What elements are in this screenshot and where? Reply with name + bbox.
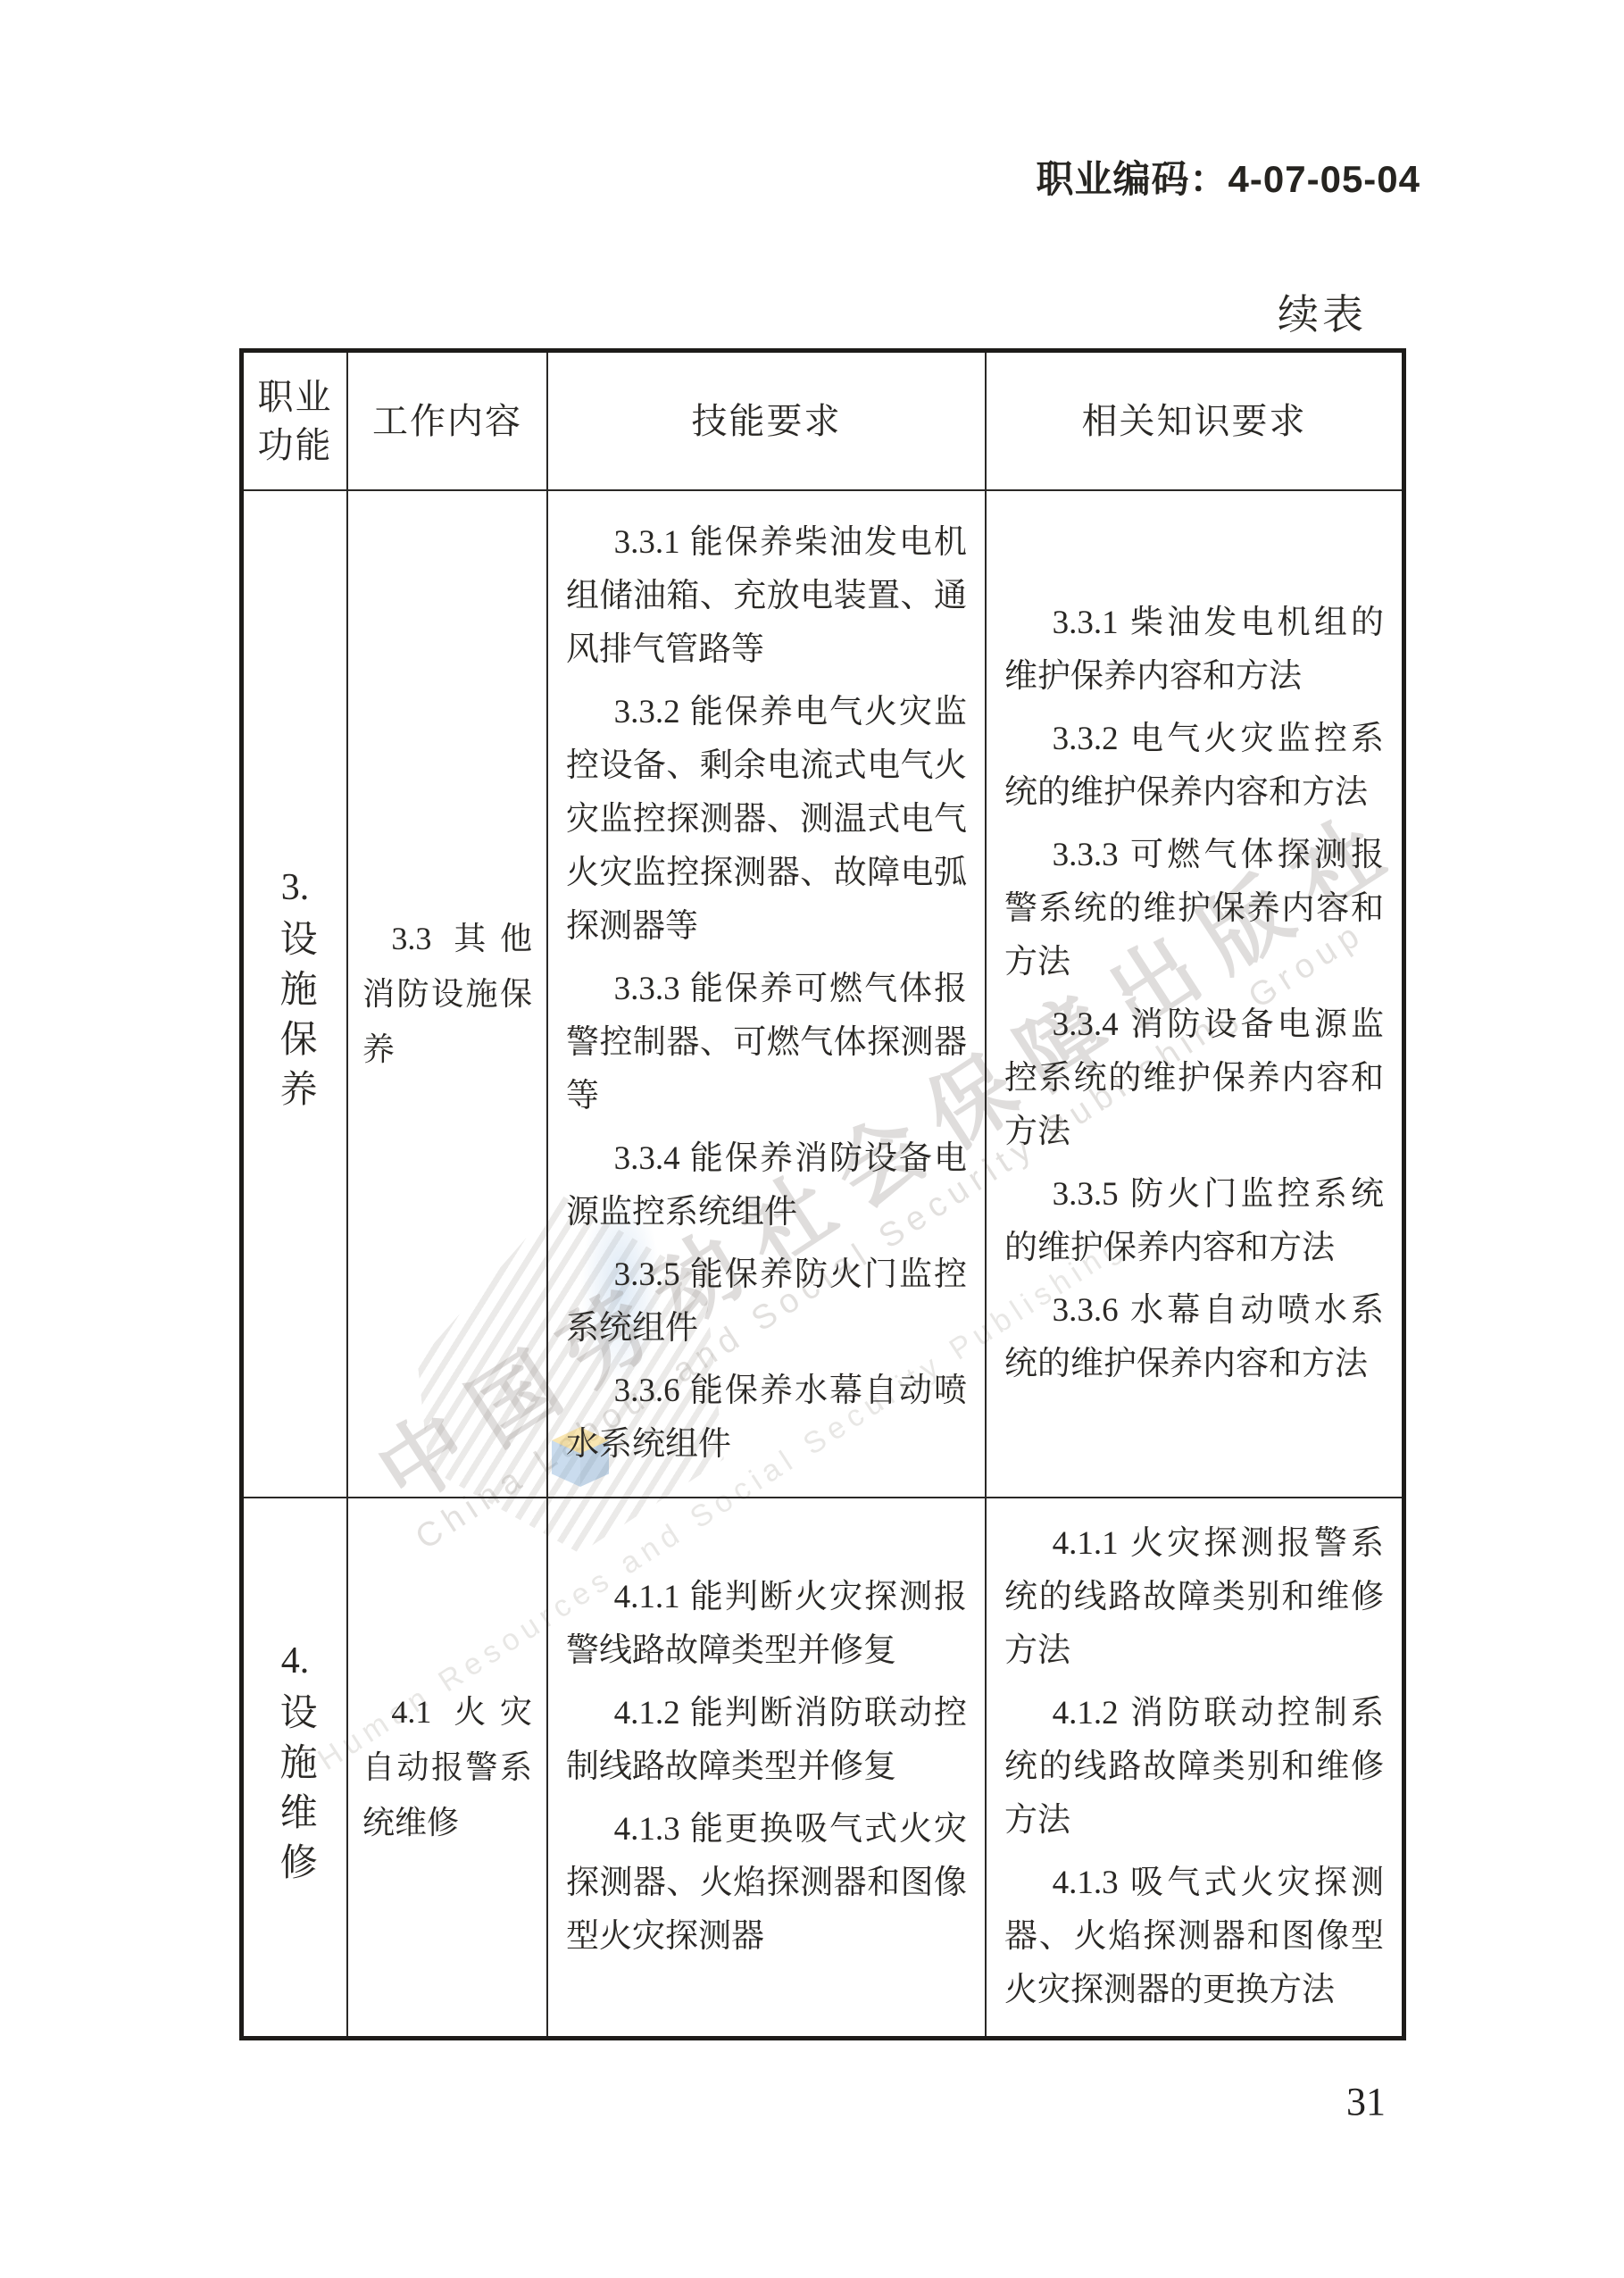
knowledge-item: 3.3.5 防火门监控系统的维护保养内容和方法 bbox=[1004, 1168, 1384, 1275]
knowledge-item: 3.3.6 水幕自动喷水系统的维护保养内容和方法 bbox=[1004, 1284, 1384, 1391]
knowledge-item: 4.1.3 吸气式火灾探测器、火焰探测器和图像型火灾探测器的更换方法 bbox=[1004, 1857, 1384, 2017]
function-cell-row2: 4. 设施维修 bbox=[244, 1498, 348, 2036]
skill-requirements-cell-row2: 4.1.1 能判断火灾探测报警线路故障类型并修复 4.1.2 能判断消防联动控制… bbox=[548, 1498, 987, 2036]
function-cell-row1: 3. 设施保养 bbox=[244, 491, 348, 1498]
column-header-knowledge-requirements: 相关知识要求 bbox=[987, 353, 1402, 491]
page-number: 31 bbox=[1346, 2079, 1386, 2124]
function-number: 4. bbox=[281, 1642, 310, 1680]
occupation-code-label: 职业编码：4-07-05-04 bbox=[1037, 150, 1420, 204]
work-content-text: 4.1 火灾自动报警系统维修 bbox=[362, 1684, 532, 1850]
work-content-text: 3.3 其他消防设施保养 bbox=[362, 911, 532, 1077]
work-content-cell-row1: 3.3 其他消防设施保养 bbox=[348, 491, 548, 1498]
knowledge-item: 3.3.3 可燃气体探测报警系统的维护保养内容和方法 bbox=[1004, 829, 1384, 989]
knowledge-item: 3.3.1 柴油发电机组的维护保养内容和方法 bbox=[1004, 597, 1384, 704]
skill-item: 4.1.2 能判断消防联动控制线路故障类型并修复 bbox=[566, 1687, 967, 1794]
skill-item: 4.1.1 能判断火灾探测报警线路故障类型并修复 bbox=[566, 1571, 967, 1678]
skill-item: 3.3.4 能保养消防设备电源监控系统组件 bbox=[566, 1132, 967, 1239]
skill-item: 3.3.3 能保养可燃气体报警控制器、可燃气体探测器等 bbox=[566, 963, 967, 1123]
skill-item: 3.3.2 能保养电气火灾监控设备、剩余电流式电气火灾监控探测器、测温式电气火灾… bbox=[566, 686, 967, 954]
function-name: 设施维修 bbox=[274, 1692, 315, 1892]
function-number: 3. bbox=[281, 869, 310, 906]
column-header-skill-requirements: 技能要求 bbox=[548, 353, 987, 491]
knowledge-item: 4.1.2 消防联动控制系统的线路故障类别和维修方法 bbox=[1004, 1687, 1384, 1848]
knowledge-item: 3.3.2 电气火灾监控系统的维护保养内容和方法 bbox=[1004, 713, 1384, 820]
knowledge-item: 4.1.1 火灾探测报警系统的线路故障类别和维修方法 bbox=[1004, 1517, 1384, 1678]
continued-table-label: 续表 bbox=[1278, 282, 1367, 341]
function-name: 设施保养 bbox=[274, 919, 315, 1119]
skill-item: 4.1.3 能更换吸气式火灾探测器、火焰探测器和图像型火灾探测器 bbox=[566, 1803, 967, 1964]
knowledge-requirements-cell-row2: 4.1.1 火灾探测报警系统的线路故障类别和维修方法 4.1.2 消防联动控制系… bbox=[987, 1498, 1402, 2036]
skill-requirements-cell-row1: 3.3.1 能保养柴油发电机组储油箱、充放电装置、通风排气管路等 3.3.2 能… bbox=[548, 491, 987, 1498]
knowledge-item: 3.3.4 消防设备电源监控系统的维护保养内容和方法 bbox=[1004, 998, 1384, 1159]
column-header-work-content: 工作内容 bbox=[348, 353, 548, 491]
work-content-cell-row2: 4.1 火灾自动报警系统维修 bbox=[348, 1498, 548, 2036]
occupation-skill-table: 职业功能 工作内容 技能要求 相关知识要求 3. 设施保养 3.3 其他消防设施… bbox=[239, 348, 1406, 2040]
skill-item: 3.3.5 能保养防火门监控系统组件 bbox=[566, 1248, 967, 1356]
skill-item: 3.3.1 能保养柴油发电机组储油箱、充放电装置、通风排气管路等 bbox=[566, 516, 967, 677]
column-header-function: 职业功能 bbox=[244, 353, 348, 491]
knowledge-requirements-cell-row1: 3.3.1 柴油发电机组的维护保养内容和方法 3.3.2 电气火灾监控系统的维护… bbox=[987, 491, 1402, 1498]
skill-item: 3.3.6 能保养水幕自动喷水系统组件 bbox=[566, 1364, 967, 1472]
